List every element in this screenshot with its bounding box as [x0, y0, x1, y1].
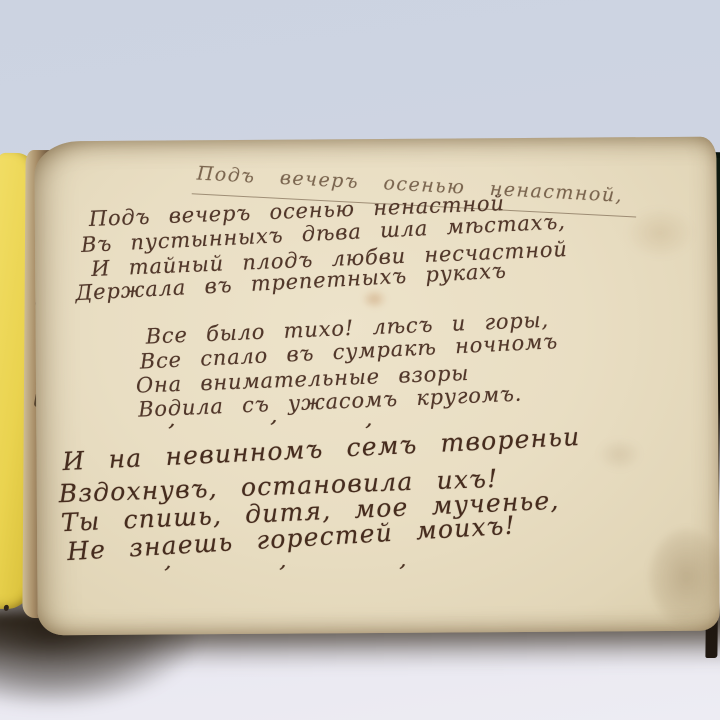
ink-flourish-mark: ’	[395, 560, 407, 586]
poem-line: И на невинномъ семъ твореньи	[62, 422, 581, 476]
ink-flourish-mark: ’	[275, 561, 287, 587]
page-stain	[361, 289, 387, 309]
page-stain	[647, 527, 720, 628]
album-page: Подъ вечеръ осенью ненастной, Подъ вечер…	[34, 137, 719, 636]
photo-background: Подъ вечеръ осенью ненастной, Подъ вечер…	[0, 0, 720, 720]
ink-flourish-mark: ’	[160, 562, 172, 588]
page-stain	[596, 437, 642, 471]
